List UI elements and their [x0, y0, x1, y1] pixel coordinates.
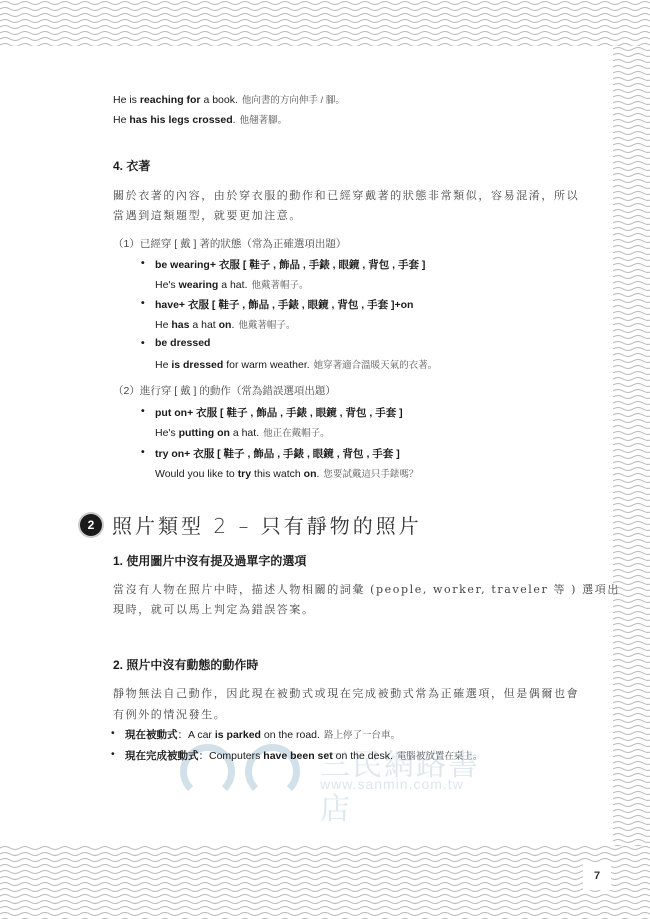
section4-heading: 4. 衣著	[113, 157, 150, 174]
text: ：Computers	[199, 750, 264, 762]
keyword: have been set	[263, 750, 332, 762]
keyword: has his legs crossed	[129, 114, 232, 126]
text: a book.	[201, 94, 238, 106]
bullet-have-on: have+ 衣服 [ 鞋子 , 飾品 , 手錶 , 眼鏡 , 背包 , 手套 ]…	[155, 297, 413, 312]
example-has-on: He has a hat on.他戴著帽子。	[155, 317, 295, 331]
translation: 電腦被放置在桌上。	[397, 751, 483, 762]
translation: 您要試戴這只手錶嗎？	[323, 469, 418, 480]
section-number-badge: 2	[80, 514, 102, 536]
text: this watch	[251, 468, 304, 480]
subheading-1: （1）已經穿 [ 戴 ] 著的狀態（常為正確選項出題）	[113, 236, 346, 251]
text: .	[316, 468, 319, 480]
section2-title-text: 照片類型 2 – 只有靜物的照片	[112, 510, 422, 539]
text: ：A car	[178, 729, 215, 741]
keyword: is parked	[215, 729, 261, 741]
example-legs-crossed: He has his legs crossed.他翹著腳。	[113, 112, 287, 126]
translation: 她穿著適合溫暖天氣的衣著。	[314, 360, 438, 371]
keyword: has	[171, 319, 189, 331]
text: He is	[113, 94, 140, 106]
example-putting-on: He's putting on a hat.他正在戴帽子。	[155, 425, 330, 439]
text: He's	[155, 279, 179, 291]
section4-para-1: 關於衣著的內容，由於穿衣服的動作和已經穿戴著的狀態非常類似，容易混淆，所以	[113, 187, 579, 203]
text: on the road.	[261, 729, 320, 741]
keyword: reaching for	[140, 94, 201, 106]
keyword: is dressed	[171, 359, 223, 371]
section4-para-2: 當遇到這類題型，就要更加注意。	[113, 207, 302, 223]
example-wearing: He's wearing a hat.他戴著帽子。	[155, 277, 309, 291]
text: a hat.	[218, 279, 247, 291]
bullet-be-dressed: be dressed	[155, 337, 210, 349]
text: He	[155, 319, 171, 331]
keyword: wearing	[179, 279, 219, 291]
section2-p1-line2: 現時，就可以馬上判定為錯誤答案。	[113, 601, 315, 617]
text: He	[113, 114, 129, 126]
bullet-try-on: try on+ 衣服 [ 鞋子 , 飾品 , 手錶 , 眼鏡 , 背包 , 手套…	[155, 446, 400, 461]
text: for warm weather.	[223, 359, 309, 371]
text: Would you like to	[155, 468, 238, 480]
text: He	[155, 359, 171, 371]
section2-h1: 1. 使用圖片中沒有提及過單字的選項	[113, 552, 306, 569]
page-content: He is reaching for a book.他向書的方向伸手 / 腳。 …	[0, 0, 650, 919]
text: a hat	[189, 319, 218, 331]
text: .	[233, 114, 236, 126]
bullet-put-on: put on+ 衣服 [ 鞋子 , 飾品 , 手錶 , 眼鏡 , 背包 , 手套…	[155, 405, 403, 420]
text: on the desk.	[333, 750, 393, 762]
translation: 他戴著帽子。	[252, 280, 309, 291]
section2-p2-line1: 靜物無法自己動作，因此現在被動式或現在完成被動式常為正確選項，但是偶爾也會	[113, 685, 579, 701]
section2-title: 2 照片類型 2 – 只有靜物的照片	[80, 510, 422, 539]
label: 現在被動式	[125, 729, 178, 741]
translation: 他翹著腳。	[240, 115, 288, 126]
keyword: on	[304, 468, 317, 480]
text: .	[231, 319, 234, 331]
subheading-2: （2）進行穿 [ 戴 ] 的動作（常為錯誤選項出題）	[113, 383, 336, 398]
keyword: try	[238, 468, 251, 480]
label: 現在完成被動式	[125, 750, 199, 762]
section2-p1-line1: 當沒有人物在照片中時，描述人物相關的詞彙 (people, worker, tr…	[113, 581, 620, 597]
example-try-on: Would you like to try this watch on.您要試戴…	[155, 466, 418, 480]
text: He's	[155, 427, 179, 439]
keyword: on	[219, 319, 232, 331]
watermark-url: www.sanmin.com.tw	[320, 776, 464, 792]
bullet-be-wearing: be wearing+ 衣服 [ 鞋子 , 飾品 , 手錶 , 眼鏡 , 背包 …	[155, 257, 425, 272]
bullet-present-passive: 現在被動式：A car is parked on the road.路上停了一台…	[125, 727, 400, 742]
bullet-present-perfect-passive: 現在完成被動式：Computers have been set on the d…	[125, 748, 482, 763]
translation: 路上停了一台車。	[324, 730, 400, 741]
translation: 他向書的方向伸手 / 腳。	[242, 95, 345, 106]
translation: 他戴著帽子。	[238, 320, 295, 331]
section2-p2-line2: 有例外的情況發生。	[113, 706, 226, 722]
example-reaching: He is reaching for a book.他向書的方向伸手 / 腳。	[113, 92, 345, 106]
example-dressed: He is dressed for warm weather.她穿著適合溫暖天氣…	[155, 357, 437, 371]
section2-h2: 2. 照片中沒有動態的動作時	[113, 656, 258, 673]
keyword: putting on	[179, 427, 230, 439]
translation: 他正在戴帽子。	[263, 428, 330, 439]
text: a hat.	[230, 427, 259, 439]
